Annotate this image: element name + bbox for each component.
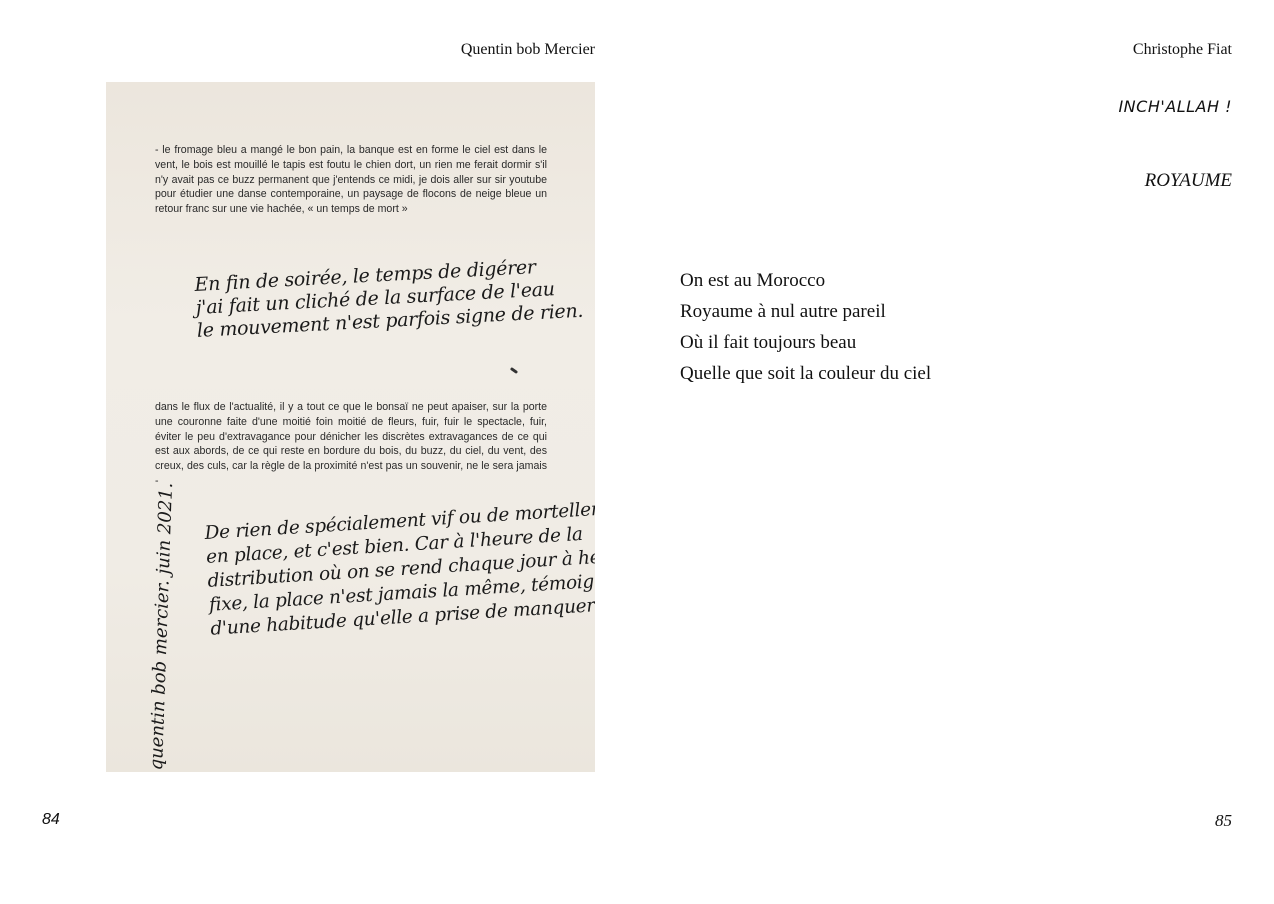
handwritten-signature: quentin bob mercier. juin 2021. — [146, 482, 177, 770]
pen-mark — [510, 367, 518, 374]
poem-verse: Quelle que soit la couleur du ciel — [680, 358, 931, 389]
right-page: Christophe Fiat INCH'ALLAH ! ROYAUME On … — [637, 0, 1274, 904]
handwritten-note: De rien de spécialement vif ou de mortel… — [204, 498, 595, 642]
typed-paragraph: dans le flux de l'actualité, il y a tout… — [155, 400, 547, 489]
page-number: 85 — [1215, 811, 1232, 831]
scanned-manuscript-image: - le fromage bleu a mangé le bon pain, l… — [106, 82, 595, 772]
running-head-author: Quentin bob Mercier — [461, 41, 595, 59]
handwritten-note: En fin de soirée, le temps de digérer j'… — [194, 254, 577, 343]
left-page: Quentin bob Mercier - le fromage bleu a … — [0, 0, 637, 904]
page-number: 84 — [42, 811, 60, 829]
running-head-author: Christophe Fiat — [1133, 41, 1232, 59]
poem-title: ROYAUME — [1145, 170, 1232, 192]
typed-paragraph: - le fromage bleu a mangé le bon pain, l… — [155, 143, 547, 217]
poem-body: On est au Morocco Royaume à nul autre pa… — [680, 265, 931, 389]
poem-verse: On est au Morocco — [680, 265, 931, 296]
poem-verse: Royaume à nul autre pareil — [680, 296, 931, 327]
poem-verse: Où il fait toujours beau — [680, 327, 931, 358]
section-title: INCH'ALLAH ! — [1118, 97, 1232, 116]
